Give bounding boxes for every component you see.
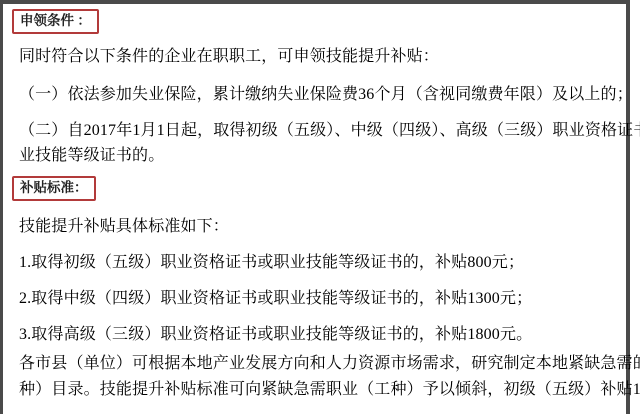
subsidy-item-1: 1.取得初级（五级）职业资格证书或职业技能等级证书的，补贴800元；: [19, 254, 524, 272]
section-heading-eligibility: 申领条件 ：: [12, 9, 99, 34]
eligibility-item-2-cont: 业技能等级证书的。: [19, 147, 164, 165]
eligibility-intro: 同时符合以下条件的企业在职职工，可申领技能提升补贴：: [19, 48, 439, 66]
subsidy-note-line-2: 种）目录。技能提升补贴标准可向紧缺急需职业（工种）予以倾斜，初级（五级）补贴10…: [19, 381, 640, 399]
subsidy-note-line-1: 各市县（单位）可根据本地产业发展方向和人力资源市场需求，研究制定本地紧缺急需的职…: [19, 355, 640, 373]
section-heading-subsidy-standard: 补贴标准：: [12, 176, 96, 201]
subsidy-intro: 技能提升补贴具体标准如下：: [19, 218, 229, 236]
eligibility-item-1: （一）依法参加失业保险，累计缴纳失业保险费36个月（含视同缴费年限）及以上的；: [19, 86, 633, 104]
subsidy-item-3: 3.取得高级（三级）职业资格证书或职业技能等级证书的，补贴1800元。: [19, 326, 532, 344]
eligibility-item-2: （二）自2017年1月1日起，取得初级（五级）、中级（四级）、高级（三级）职业资…: [19, 122, 640, 140]
subsidy-item-2: 2.取得中级（四级）职业资格证书或职业技能等级证书的，补贴1300元；: [19, 290, 532, 308]
